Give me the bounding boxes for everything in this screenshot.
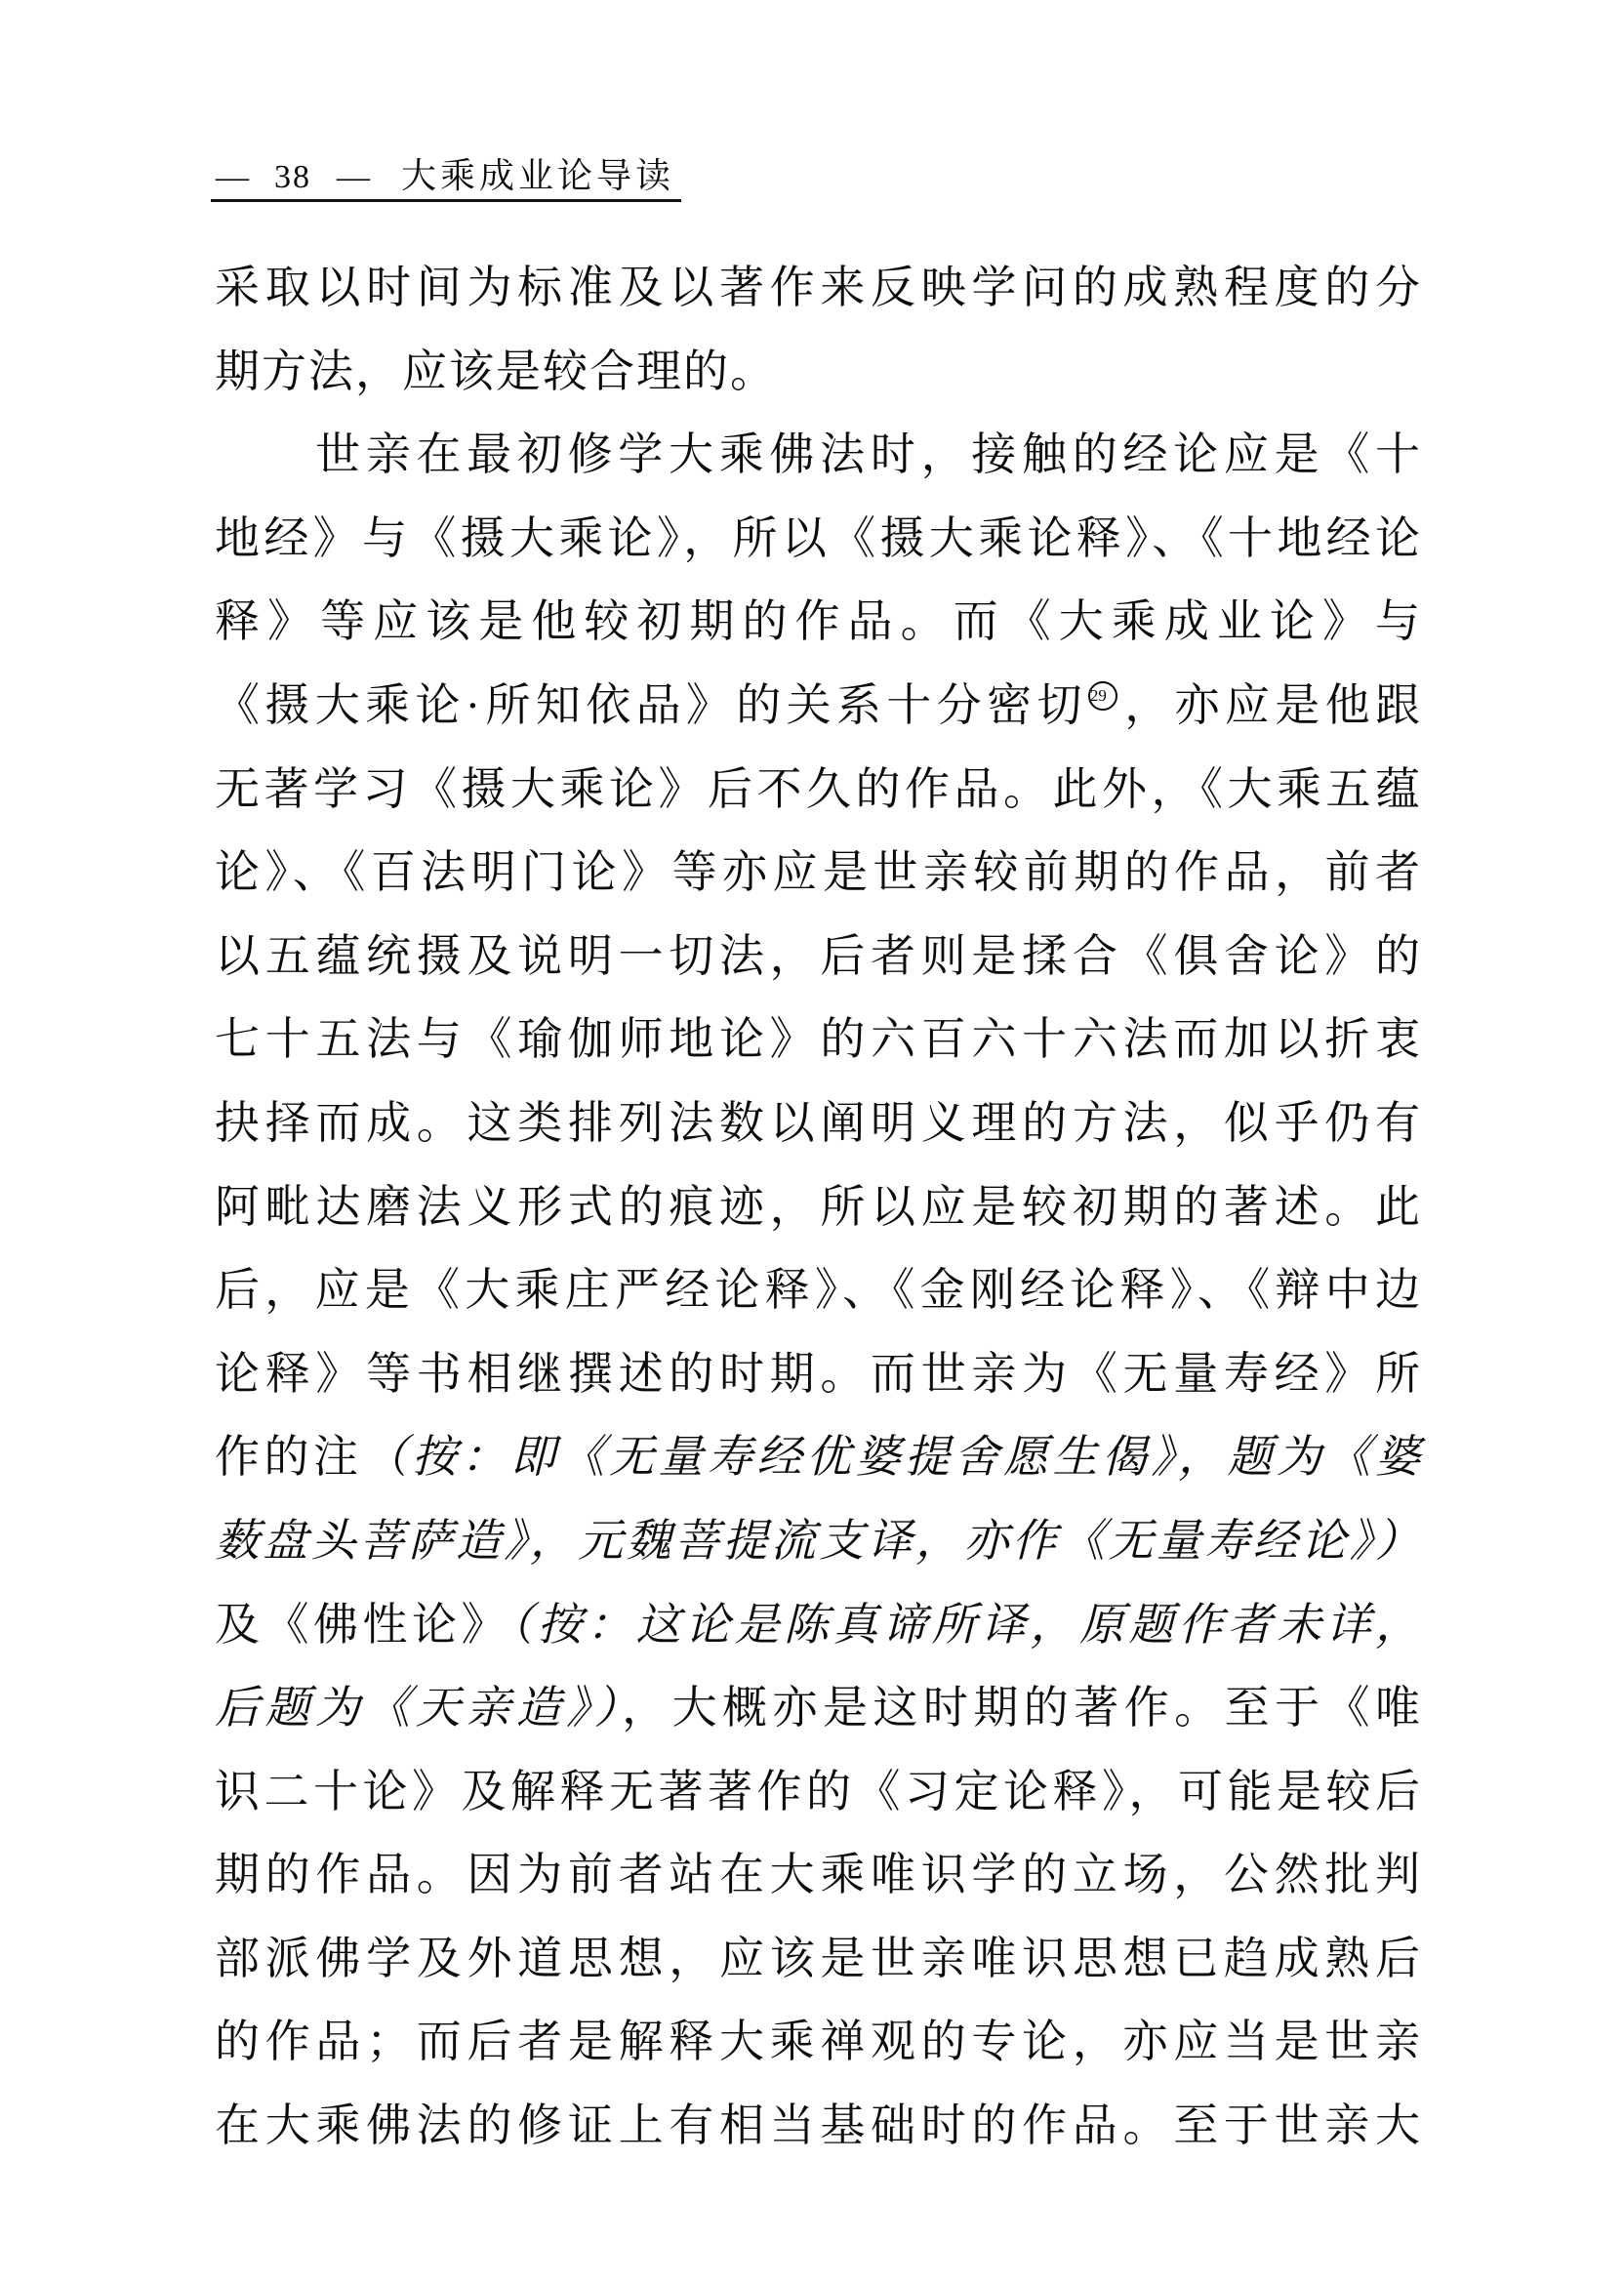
line-text: 《摄大乘论·所知依品》的关系十分密切	[215, 680, 1087, 730]
line-text: 的作品；而后者是解释大乘禅观的专论，亦应当是世亲	[215, 2017, 1421, 2066]
book-title: 大乘成业论导读	[401, 154, 674, 197]
text-line: 释》等应该是他较初期的作品。而《大乘成业论》与	[215, 580, 1421, 664]
text-line: 识二十论》及解释无著著作的《习定论释》，可能是较后	[215, 1750, 1421, 1834]
annotation-text: （按：这论是陈真谛所译，原题作者未详，	[510, 1600, 1421, 1650]
text-line: 论》、《百法明门论》等亦应是世亲较前期的作品，前者	[215, 831, 1421, 915]
line-text: 阿毗达磨法义形式的痕迹，所以应是较初期的著述。此	[215, 1182, 1421, 1232]
text-line: 期方法，应该是较合理的。	[215, 330, 1421, 414]
line-text: 无著学习《摄大乘论》后不久的作品。此外，《大乘五蕴	[215, 764, 1421, 814]
text-line: 无著学习《摄大乘论》后不久的作品。此外，《大乘五蕴	[215, 748, 1421, 832]
text-line: 后，应是《大乘庄严经论释》、《金刚经论释》、《辩中边	[215, 1248, 1421, 1332]
line-text: 后，应是《大乘庄严经论释》、《金刚经论释》、《辩中边	[215, 1265, 1421, 1315]
text-line: 后题为《天亲造》），大概亦是这时期的著作。至于《唯	[215, 1666, 1421, 1750]
header-rule	[211, 199, 681, 202]
footnote-marker-29: 29	[1088, 681, 1117, 711]
line-text: 部派佛学及外道思想，应该是世亲唯识思想已趋成熟后	[215, 1934, 1421, 1983]
line-text: 论释》等书相继撰述的时期。而世亲为《无量寿经》所	[215, 1349, 1421, 1399]
page-number: 38	[274, 156, 311, 199]
text-line: 在大乘佛法的修证上有相当基础时的作品。至于世亲大	[215, 2084, 1421, 2168]
text-line: 七十五法与《瑜伽师地论》的六百六十六法而加以折衷	[215, 998, 1421, 1081]
text-line: 的作品；而后者是解释大乘禅观的专论，亦应当是世亲	[215, 2000, 1421, 2084]
annotation-text: 后题为《天亲造》）	[215, 1683, 622, 1733]
text-line: 期的作品。因为前者站在大乘唯识学的立场，公然批判	[215, 1833, 1421, 1917]
text-line: 以五蕴统摄及说明一切法，后者则是揉合《俱舍论》的	[215, 915, 1421, 999]
line-text: 七十五法与《瑜伽师地论》的六百六十六法而加以折衷	[215, 1014, 1421, 1064]
text-line: 《摄大乘论·所知依品》的关系十分密切29，亦应是他跟	[215, 664, 1421, 748]
line-text: ，亦应是他跟	[1120, 680, 1421, 730]
line-text: 地经》与《摄大乘论》，所以《摄大乘论释》、《十地经论	[215, 513, 1421, 563]
body-text: 采取以时间为标准及以著作来反映学问的成熟程度的分 期方法，应该是较合理的。 世亲…	[215, 246, 1421, 2168]
annotation-text: 薮盘头菩萨造》，元魏菩提流支译，亦作《无量寿经论》）	[215, 1516, 1421, 1566]
book-page: —38—大乘成业论导读 采取以时间为标准及以著作来反映学问的成熟程度的分 期方法…	[0, 0, 1624, 2284]
text-line: 及《佛性论》（按：这论是陈真谛所译，原题作者未详，	[215, 1583, 1421, 1667]
line-text: 及《佛性论》	[215, 1600, 510, 1650]
text-line: 薮盘头菩萨造》，元魏菩提流支译，亦作《无量寿经论》）	[215, 1499, 1421, 1583]
header-dash-right: —	[337, 156, 370, 199]
text-line: 地经》与《摄大乘论》，所以《摄大乘论释》、《十地经论	[215, 497, 1421, 581]
text-line: 部派佛学及外道思想，应该是世亲唯识思想已趋成熟后	[215, 1917, 1421, 2001]
line-text: 期方法，应该是较合理的。	[215, 347, 777, 396]
text-line: 采取以时间为标准及以著作来反映学问的成熟程度的分	[215, 246, 1421, 330]
line-text: 作的注	[215, 1432, 363, 1482]
line-text: 期的作品。因为前者站在大乘唯识学的立场，公然批判	[215, 1850, 1421, 1899]
header-dash-left: —	[216, 156, 249, 199]
text-line: 论释》等书相继撰述的时期。而世亲为《无量寿经》所	[215, 1332, 1421, 1416]
line-text: 采取以时间为标准及以著作来反映学问的成熟程度的分	[215, 263, 1421, 312]
text-line: 阿毗达磨法义形式的痕迹，所以应是较初期的著述。此	[215, 1165, 1421, 1249]
text-line: 世亲在最初修学大乘佛法时，接触的经论应是《十	[215, 413, 1421, 497]
line-text: 释》等应该是他较初期的作品。而《大乘成业论》与	[215, 596, 1421, 646]
text-line: 作的注（按：即《无量寿经优婆提舍愿生偈》，题为《婆	[215, 1415, 1421, 1499]
line-text: 在大乘佛法的修证上有相当基础时的作品。至于世亲大	[215, 2100, 1421, 2150]
line-text: 世亲在最初修学大乘佛法时，接触的经论应是《十	[315, 429, 1421, 479]
line-text: 论》、《百法明门论》等亦应是世亲较前期的作品，前者	[215, 847, 1421, 897]
line-text: 抉择而成。这类排列法数以阐明义理的方法，似乎仍有	[215, 1098, 1421, 1148]
annotation-text: （按：即《无量寿经优婆提舍愿生偈》，题为《婆	[363, 1432, 1422, 1482]
page-header: —38—大乘成业论导读	[216, 154, 674, 197]
line-text: 以五蕴统摄及说明一切法，后者则是揉合《俱舍论》的	[215, 931, 1421, 981]
line-text: ，大概亦是这时期的著作。至于《唯	[622, 1683, 1421, 1733]
line-text: 识二十论》及解释无著著作的《习定论释》，可能是较后	[215, 1767, 1421, 1816]
text-line: 抉择而成。这类排列法数以阐明义理的方法，似乎仍有	[215, 1081, 1421, 1165]
